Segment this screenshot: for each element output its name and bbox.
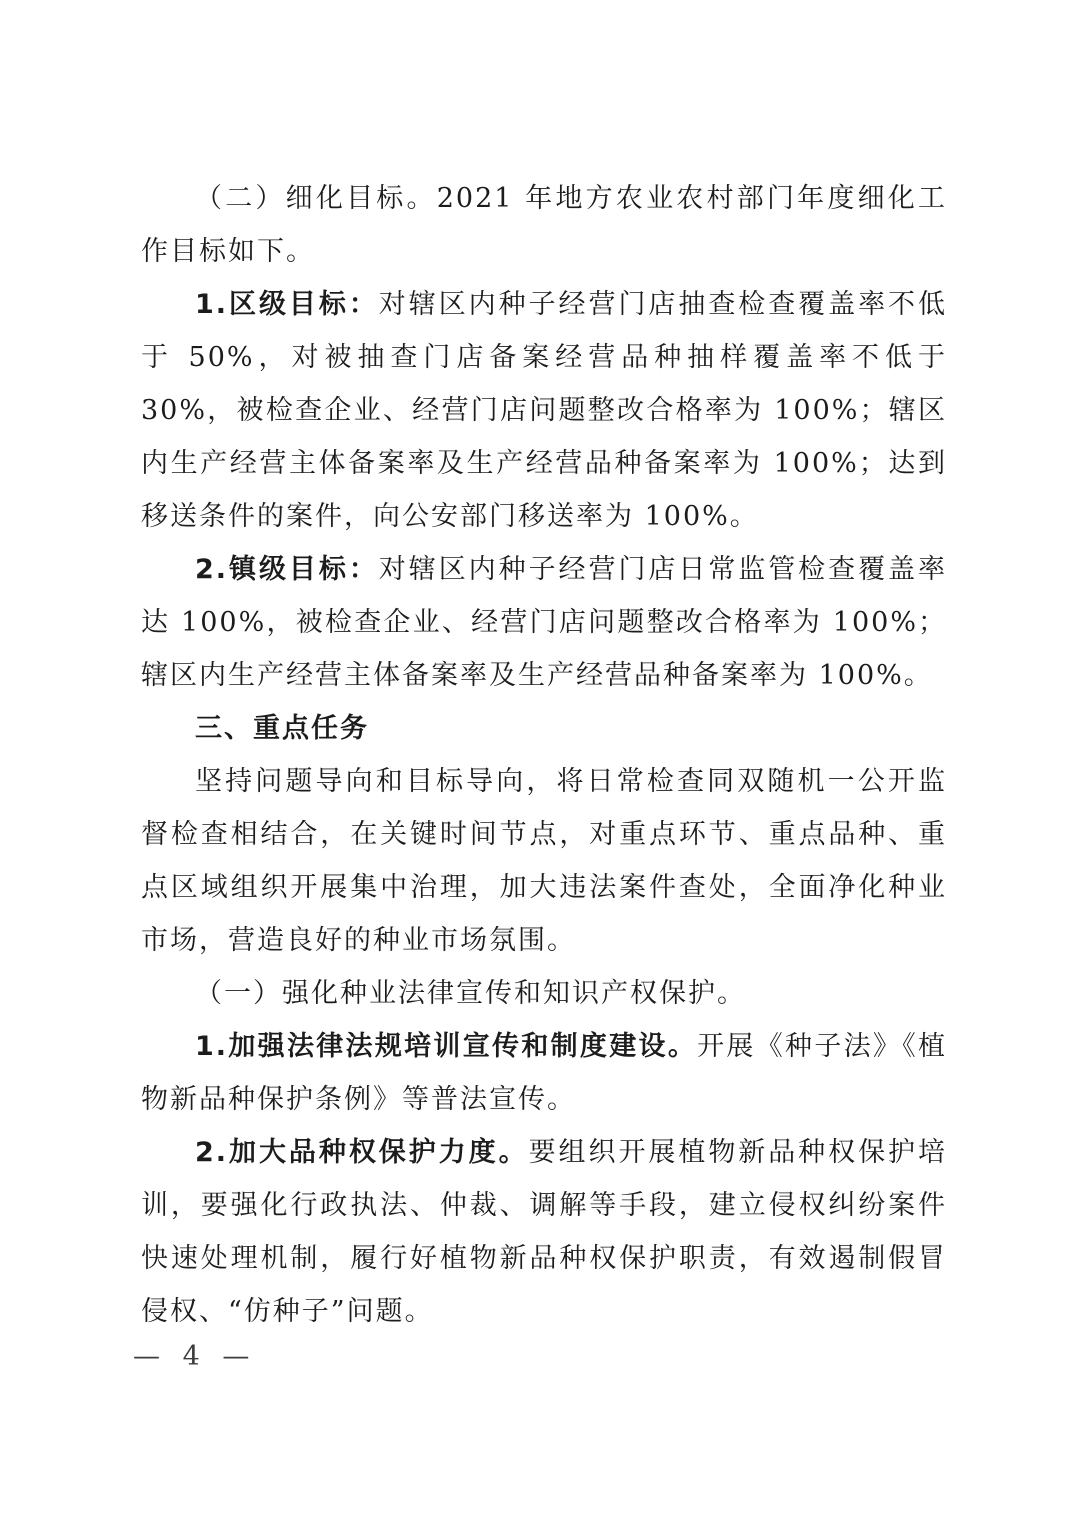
document-body: （二）细化目标。2021 年地方农业农村部门年度细化工作目标如下。 1.区级目标… xyxy=(141,172,947,1338)
page-number: — 4 — xyxy=(133,1340,251,1374)
document-page: （二）细化目标。2021 年地方农业农村部门年度细化工作目标如下。 1.区级目标… xyxy=(0,0,1074,1520)
body-run: 坚持问题导向和目标导向，将日常检查同双随机一公开监督检查相结合，在关键时间节点，… xyxy=(141,766,947,956)
subhead-run-variety-rights: 2.加大品种权保护力度。 xyxy=(195,1137,529,1168)
subsection-heading-law-publicity: （一）强化种业法律宣传和知识产权保护。 xyxy=(141,967,947,1020)
section-heading-key-tasks: 三、重点任务 xyxy=(141,702,947,755)
subhead-run-law-publicity: （一）强化种业法律宣传和知识产权保护。 xyxy=(195,978,746,1009)
paragraph-variety-rights: 2.加大品种权保护力度。要组织开展植物新品种权保护培训，要强化行政执法、仲裁、调… xyxy=(141,1126,947,1338)
paragraph-law-training: 1.加强法律法规培训宣传和制度建设。开展《种子法》《植物新品种保护条例》等普法宣… xyxy=(141,1020,947,1126)
paragraph-district-goal: 1.区级目标：对辖区内种子经营门店抽查检查覆盖率不低于 50%，对被抽查门店备案… xyxy=(141,278,947,543)
body-run: 对辖区内种子经营门店抽查检查覆盖率不低于 50%，对被抽查门店备案经营品种抽样覆… xyxy=(141,289,947,532)
subhead-run-town-goal: 2.镇级目标： xyxy=(195,554,379,585)
paragraph-goal-refinement: （二）细化目标。2021 年地方农业农村部门年度细化工作目标如下。 xyxy=(141,172,947,278)
heading-run: 三、重点任务 xyxy=(195,713,369,744)
paragraph-key-tasks-intro: 坚持问题导向和目标导向，将日常检查同双随机一公开监督检查相结合，在关键时间节点，… xyxy=(141,755,947,967)
subhead-run-district-goal: 1.区级目标： xyxy=(195,289,379,320)
subhead-run-law-training: 1.加强法律法规培训宣传和制度建设。 xyxy=(195,1031,697,1062)
subhead-run-erhua-goal: （二）细化目标。 xyxy=(195,183,437,214)
paragraph-town-goal: 2.镇级目标：对辖区内种子经营门店日常监管检查覆盖率达 100%，被检查企业、经… xyxy=(141,543,947,702)
